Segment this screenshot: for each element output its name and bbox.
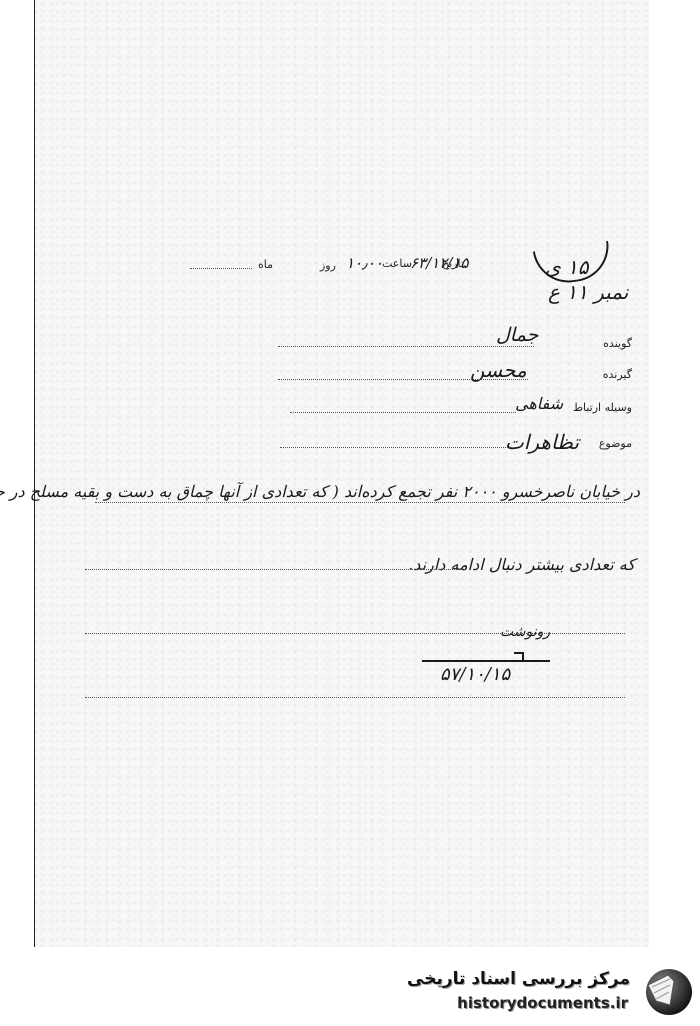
month-label: ماه [258,258,273,271]
means-dotted-line [290,412,516,413]
signature: رونوشت [500,624,550,640]
signature-dotted-line [85,633,625,634]
speaker-value: جمال [496,324,538,346]
subject-dotted-line [280,447,512,448]
signature-underline [422,660,550,662]
subject-label: موضوع [599,437,632,450]
hour-label: ساعت [382,257,412,270]
body-dotted-line-2 [85,569,465,570]
body-line-1: در خیابان ناصرخسرو ۲۰۰۰ نفر تجمع کرده‌ان… [0,482,640,501]
receiver-label: گیرنده [603,368,632,381]
watermark-url: historydocuments.ir [457,994,628,1012]
watermark: مرکز بررسی اسناد تاریخی historydocuments… [405,955,700,1026]
speaker-label: گوینده [603,337,632,350]
body-dotted-line-1 [95,502,625,503]
signature-mark [514,652,524,662]
subject-value: تظاهرات [505,430,579,454]
body-line-2: که تعدادی بیشتر دنبال ادامه دارند. [408,555,635,574]
document-number-label: نمبر ۱۱ ع [548,280,628,304]
hour-value: ۱۰٫۰۰ [346,254,383,272]
document-page [34,0,649,947]
date-value: ۶۳/۱۲/۱۵ [410,254,468,272]
document-logo-icon [644,967,694,1017]
month-dotted-line [190,268,252,269]
document-number-value: ۱۵ ی [545,255,589,279]
watermark-name: مرکز بررسی اسناد تاریخی [407,969,630,989]
bottom-dotted-line [85,697,625,698]
means-label: وسیله ارتباط [573,401,632,414]
day-label: روز [320,259,336,272]
speaker-dotted-line [278,346,534,347]
means-value: شفاهی [515,394,563,413]
signature-date: ۵۷/۱۰/۱۵ [440,664,510,685]
receiver-dotted-line [278,379,528,380]
